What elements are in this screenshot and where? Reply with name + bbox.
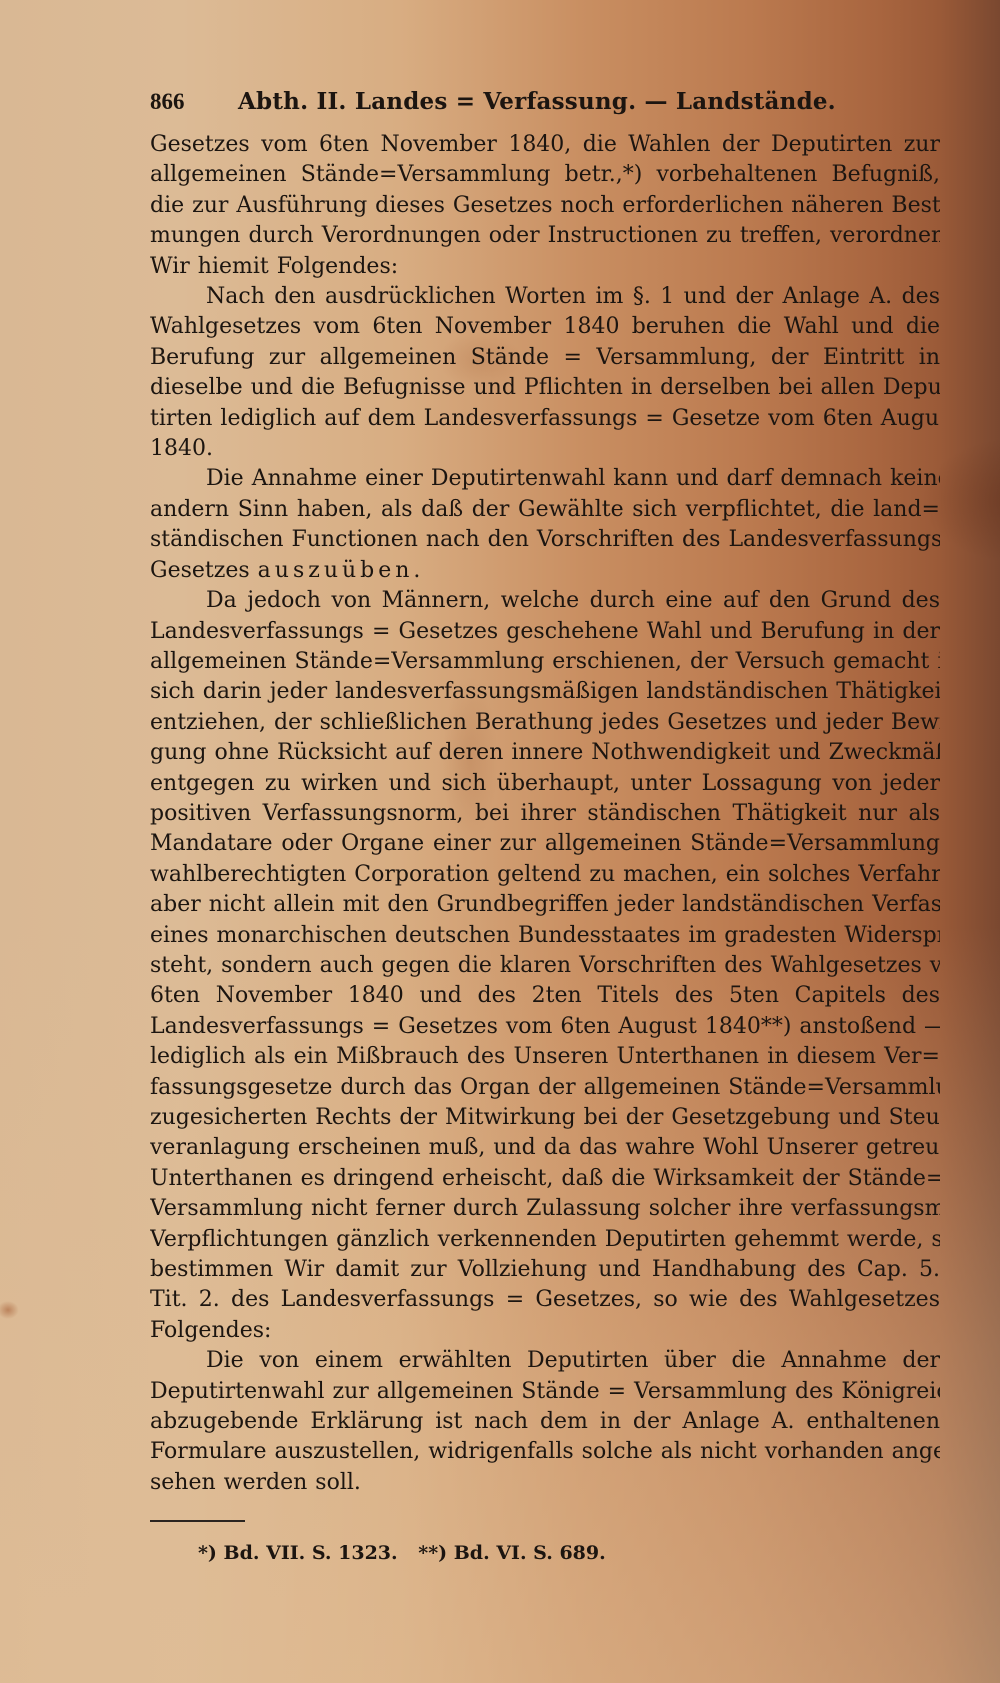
text-line: Landesverfassungs = Gesetzes vom 6ten Au… [150,1012,940,1042]
text-line: Mandatare oder Organe einer zur allgemei… [150,829,940,859]
text-line: wahlberechtigten Corporation geltend zu … [150,860,940,890]
text-line: Wir hiemit Folgendes: [150,252,940,282]
page-number: 866 [150,89,212,115]
text-line: positiven Verfassungsnorm, bei ihrer stä… [150,799,940,829]
text-line: Wahlgesetzes vom 6ten November 1840 beru… [150,312,940,342]
paragraph-start: Da jedoch von Männern, welche durch eine… [150,586,940,616]
text-line: eines monarchischen deutschen Bundesstaa… [150,921,940,951]
text-line: tirten lediglich auf dem Landesverfassun… [150,404,940,434]
footnotes: *) Bd. VII. S. 1323. **) Bd. VI. S. 689. [150,1542,940,1564]
footnote-1: *) Bd. VII. S. 1323. [198,1542,398,1564]
text-line: Gesetzes auszuüben. [150,556,940,586]
text-line: Landesverfassungs = Gesetzes geschehene … [150,617,940,647]
text-line: allgemeinen Stände=Versammlung betr.,*) … [150,160,940,190]
text-line: die zur Ausführung dieses Gesetzes noch … [150,191,940,221]
text-line: sich darin jeder landesverfassungsmäßige… [150,677,940,707]
text-line: aber nicht allein mit den Grundbegriffen… [150,890,940,920]
text-line: fassungsgesetze durch das Organ der allg… [150,1073,940,1103]
text-line: Gesetzes vom 6ten November 1840, die Wah… [150,130,940,160]
text-line: sehen werden soll. [150,1468,940,1498]
running-title: Abth. II. Landes = Verfassung. — Landstä… [238,88,836,115]
paragraph-start: Die Annahme einer Deputirtenwahl kann un… [150,464,940,494]
book-page: 866 Abth. II. Landes = Verfassung. — Lan… [150,88,940,1564]
text-line: lediglich als ein Mißbrauch des Unseren … [150,1042,940,1072]
text-line: Verpflichtungen gänzlich verkennenden De… [150,1225,940,1255]
footnote-divider [150,1520,245,1522]
text-line: zugesicherten Rechts der Mitwirkung bei … [150,1103,940,1133]
text-line: Deputirtenwahl zur allgemeinen Stände = … [150,1377,940,1407]
text-line: steht, sondern auch gegen die klaren Vor… [150,951,940,981]
text-line: Unterthanen es dringend erheischt, daß d… [150,1164,940,1194]
text-line: bestimmen Wir damit zur Vollziehung und … [150,1255,940,1285]
text-line: andern Sinn haben, als daß der Gewählte … [150,495,940,525]
text-line: 1840. [150,434,940,464]
footnote-2: **) Bd. VI. S. 689. [418,1542,605,1564]
text-line: Formulare auszustellen, widrigenfalls so… [150,1437,940,1467]
running-head: 866 Abth. II. Landes = Verfassung. — Lan… [150,88,940,124]
text-line: abzugebende Erklärung ist nach dem in de… [150,1407,940,1437]
text-line: Tit. 2. des Landesverfassungs = Gesetzes… [150,1285,940,1315]
paragraph-start: Nach den ausdrücklichen Worten im §. 1 u… [150,282,940,312]
text-line: mungen durch Verordnungen oder Instructi… [150,221,940,251]
body-text: Gesetzes vom 6ten November 1840, die Wah… [150,130,940,1498]
paragraph-start: Die von einem erwählten Deputirten über … [150,1346,940,1376]
text-line: 6ten November 1840 und des 2ten Titels d… [150,981,940,1011]
text-line: dieselbe und die Befugnisse und Pflichte… [150,373,940,403]
text-fragment: Gesetzes [150,558,250,583]
text-line: ständischen Functionen nach den Vorschri… [150,525,940,555]
text-line: Berufung zur allgemeinen Stände = Versam… [150,343,940,373]
text-line: Versammlung nicht ferner durch Zulassung… [150,1194,940,1224]
text-line: allgemeinen Stände=Versammlung erschiene… [150,647,940,677]
emphasized-word: auszuüben. [258,558,425,583]
text-line: gung ohne Rücksicht auf deren innere Not… [150,738,940,768]
text-line: entziehen, der schließlichen Berathung j… [150,708,940,738]
text-line: Folgendes: [150,1316,940,1346]
text-line: veranlagung erscheinen muß, und da das w… [150,1133,940,1163]
text-line: entgegen zu wirken und sich überhaupt, u… [150,769,940,799]
